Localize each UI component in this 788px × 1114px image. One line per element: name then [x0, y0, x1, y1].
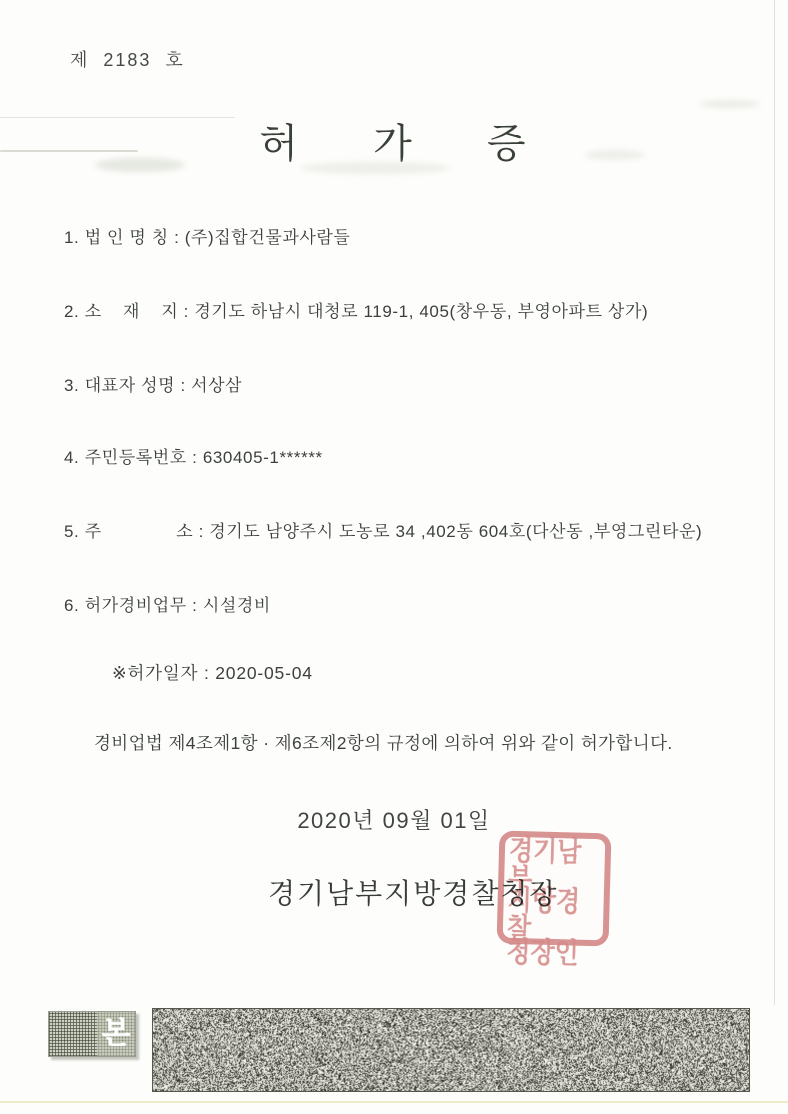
official-seal-stamp: 경기남부 지방경찰 청장인: [497, 831, 612, 947]
field-label: 2. 소 재 지 :: [64, 302, 194, 321]
seal-row: 청장인: [506, 938, 599, 968]
field-value: 경기도 남양주시 도농로 34 ,402동 604호(다산동 ,부영그린타운): [209, 522, 702, 541]
issue-date: 2020년 09월 01일: [0, 804, 788, 835]
field-value: 경기도 하남시 대청로 119-1, 405(창우동, 부영아파트 상가): [194, 302, 648, 321]
field-label: 3. 대표자 성명 :: [64, 376, 191, 395]
field-label: 4. 주민등록번호 :: [64, 448, 203, 467]
document-title: 허 가 증: [0, 112, 788, 169]
legal-statement: 경비업법 제4조제1항 · 제6조제2항의 규정에 의하여 위와 같이 허가합니…: [94, 730, 673, 755]
field-label: 1. 법 인 명 칭 :: [64, 228, 185, 247]
stamp-crosshatch-pattern: [49, 1012, 97, 1056]
document-number: 제 2183 호: [70, 46, 185, 72]
field-label: 6. 허가경비업무 :: [64, 596, 203, 615]
field-representative-name: 3. 대표자 성명 : 서상삼: [64, 371, 242, 396]
field-home-address: 5. 주 소 : 경기도 남양주시 도농로 34 ,402동 604호(다산동 …: [64, 517, 702, 542]
field-value: 시설경비: [203, 596, 271, 615]
noise-canvas: [153, 1009, 749, 1091]
permit-date-note: ※허가일자 : 2020-05-04: [112, 660, 313, 685]
scan-noise-block: [152, 1008, 750, 1092]
scanned-permit-document: 제 2183 호 허 가 증 1. 법 인 명 칭 : (주)집합건물과사람들 …: [0, 0, 788, 1114]
scan-artifact-line: [0, 1101, 788, 1103]
field-corporation-name: 1. 법 인 명 칭 : (주)집합건물과사람들: [64, 223, 350, 248]
field-value: (주)집합건물과사람들: [185, 228, 351, 247]
field-business-address: 2. 소 재 지 : 경기도 하남시 대청로 119-1, 405(창우동, 부…: [64, 297, 648, 322]
field-value: 서상삼: [191, 376, 242, 395]
copy-stamp-character: 본: [102, 1019, 131, 1049]
field-value: 630405-1******: [203, 448, 323, 467]
stamp-speckle-pattern: 본: [97, 1012, 135, 1056]
copy-verification-stamp: 본: [48, 1011, 136, 1057]
bleedthrough-smudge: [700, 100, 760, 108]
field-permitted-business: 6. 허가경비업무 : 시설경비: [64, 591, 271, 616]
field-label: 5. 주 소 :: [64, 522, 209, 541]
field-resident-id: 4. 주민등록번호 : 630405-1******: [64, 443, 323, 468]
